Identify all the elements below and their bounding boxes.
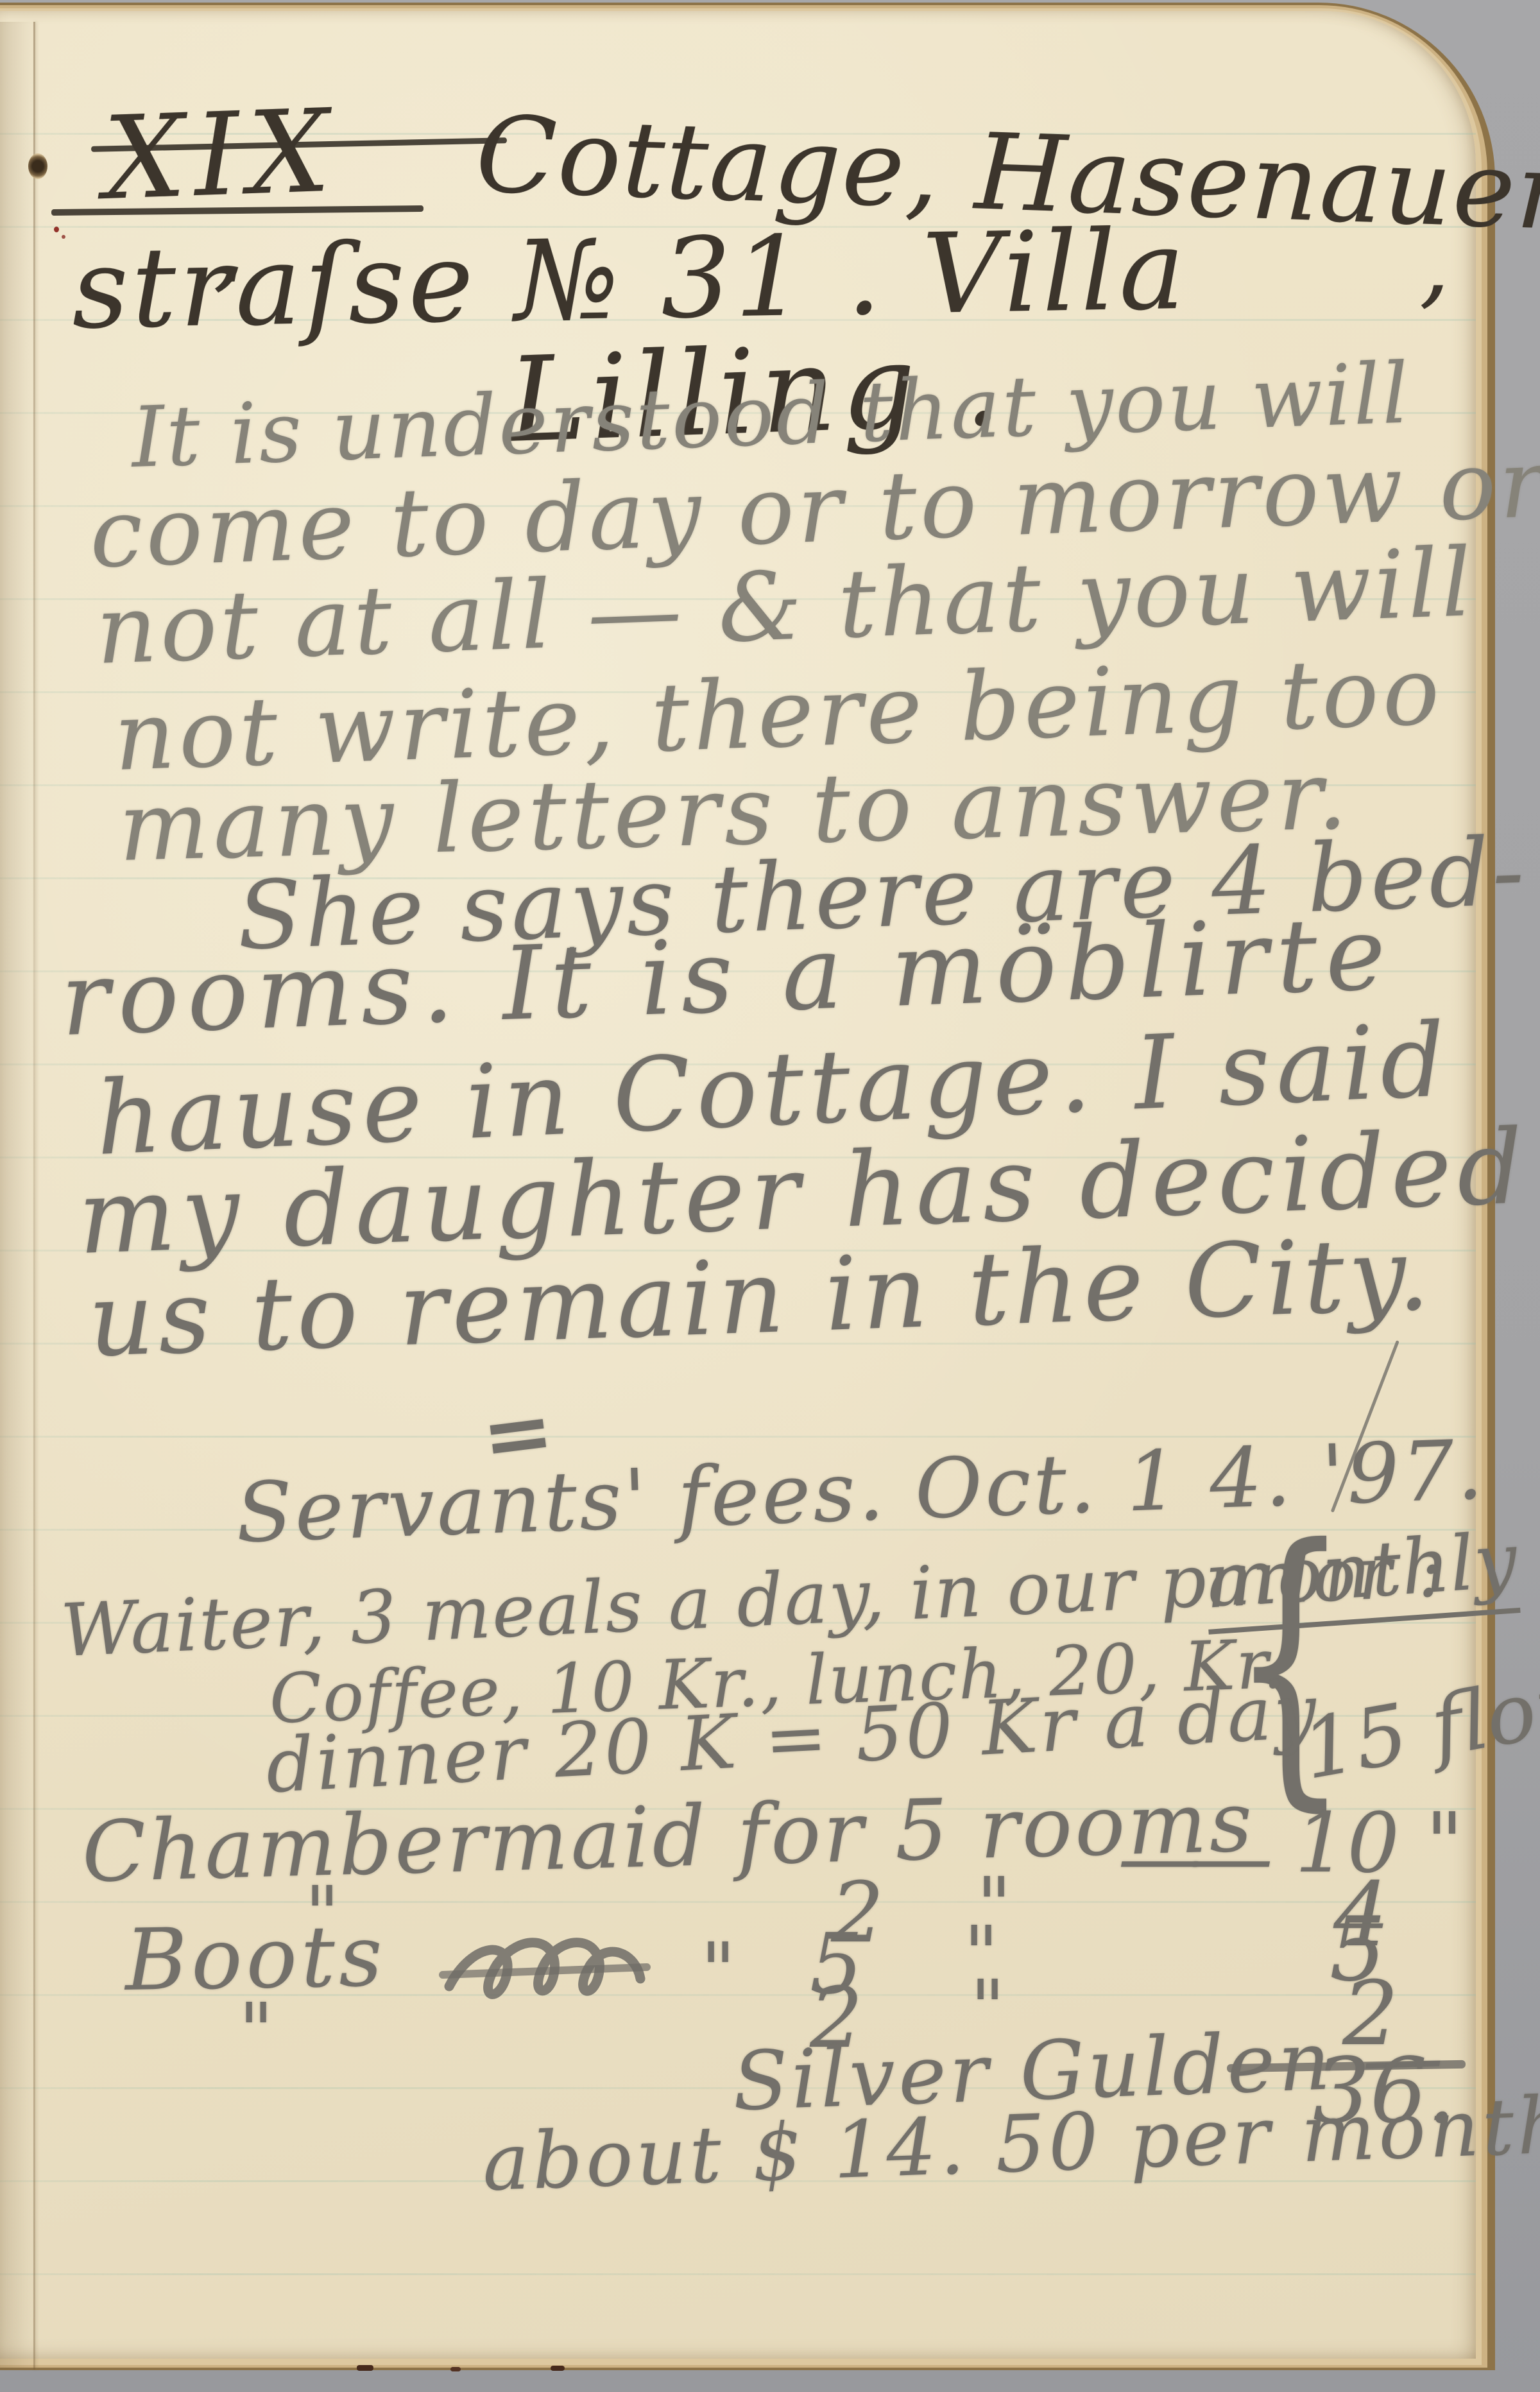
- scribble-mark: [435, 1925, 660, 2021]
- red-ink-speck: [62, 235, 65, 239]
- fees-row4-left-ditto: ": [239, 1993, 273, 2069]
- page-edge-speck: [357, 2365, 373, 2371]
- notebook-page: XIX , Cottage, Hasenauer , straſse № 31 …: [0, 11, 1476, 2359]
- fees-chambermaid-dash: ——: [1118, 1816, 1262, 1899]
- binding-crease: [33, 22, 35, 2370]
- page-edge-speck: [551, 2366, 565, 2371]
- fees-row3-ditto1: ": [701, 1932, 735, 2008]
- heading-line1-comma: ,: [1419, 215, 1450, 311]
- scanned-notebook-photo: XIX , Cottage, Hasenauer , straſse № 31 …: [0, 0, 1540, 2392]
- page-edge-speck: [450, 2367, 461, 2371]
- heading-line2: straſse № 31 . Villa: [71, 215, 1188, 345]
- stitch-hole: [28, 153, 47, 179]
- red-ink-speck: [54, 227, 59, 232]
- binding-gutter-shadow: [0, 22, 36, 2370]
